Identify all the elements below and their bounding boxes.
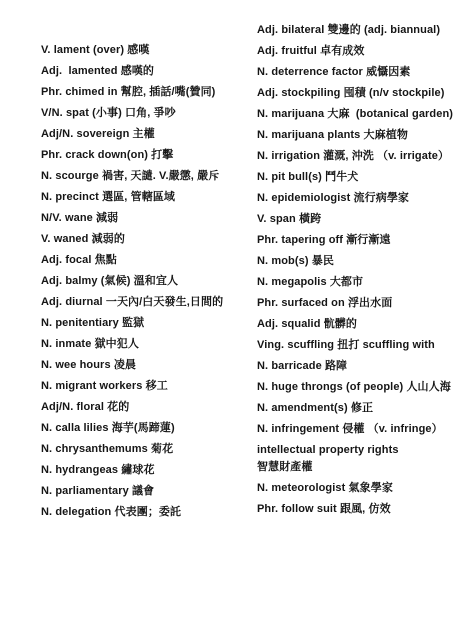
- vocab-entry: N. mob(s) 暴民: [257, 253, 469, 270]
- vocab-entry: Adj. bilateral 雙邊的 (adj. biannual): [257, 22, 469, 39]
- vocab-entry: Adj. lamented 感嘆的: [41, 63, 243, 80]
- vocab-entry: N. huge throngs (of people) 人山人海: [257, 379, 469, 396]
- vocab-entry: N. epidemiologist 流行病學家: [257, 190, 469, 207]
- vocab-column-left: V. lament (over) 感嘆Adj. lamented 感嘆的Phr.…: [41, 42, 243, 525]
- vocab-entry: Adj. focal 焦點: [41, 252, 243, 269]
- vocab-entry: Adj. stockpiling 囤積 (n/v stockpile): [257, 85, 469, 102]
- vocab-entry: N. infringement 侵權 （v. infringe）: [257, 421, 469, 438]
- vocab-entry: N. delegation 代表團；委託: [41, 504, 243, 521]
- vocab-entry: N. inmate 獄中犯人: [41, 336, 243, 353]
- vocab-entry: N. chrysanthemums 菊花: [41, 441, 243, 458]
- vocab-entry: Adj. diurnal 一天內/白天發生,日間的: [41, 294, 243, 311]
- vocab-entry: Adj. balmy (氣候) 溫和宜人: [41, 273, 243, 290]
- vocab-entry: V. waned 減弱的: [41, 231, 243, 248]
- vocab-entry: N. wee hours 凌晨: [41, 357, 243, 374]
- vocab-entry: V. lament (over) 感嘆: [41, 42, 243, 59]
- vocab-entry: N. hydrangeas 繡球花: [41, 462, 243, 479]
- vocab-entry: N. marijuana 大麻 (botanical garden): [257, 106, 469, 123]
- vocab-entry: N. calla lilies 海芋(馬蹄蓮): [41, 420, 243, 437]
- vocab-entry: N. penitentiary 監獄: [41, 315, 243, 332]
- vocab-entry: N. pit bull(s) 鬥牛犬: [257, 169, 469, 186]
- vocab-entry: N/V. wane 減弱: [41, 210, 243, 227]
- vocab-entry: Ving. scuffling 扭打 scuffling with: [257, 337, 469, 354]
- vocab-entry: Phr. surfaced on 浮出水面: [257, 295, 469, 312]
- document-page: V. lament (over) 感嘆Adj. lamented 感嘆的Phr.…: [0, 0, 474, 632]
- vocab-entry: N. barricade 路障: [257, 358, 469, 375]
- vocab-entry: N. scourge 禍害, 天譴. V.嚴懲, 嚴斥: [41, 168, 243, 185]
- vocab-entry: Adj. fruitful 卓有成效: [257, 43, 469, 60]
- vocab-entry: N. megapolis 大都市: [257, 274, 469, 291]
- vocab-entry: N. migrant workers 移工: [41, 378, 243, 395]
- vocab-entry: N. deterrence factor 威懾因素: [257, 64, 469, 81]
- vocab-entry: Adj/N. floral 花的: [41, 399, 243, 416]
- vocab-entry: Phr. crack down(on) 打擊: [41, 147, 243, 164]
- vocab-entry: N. meteorologist 氣象學家: [257, 480, 469, 497]
- vocab-entry: N. parliamentary 議會: [41, 483, 243, 500]
- vocab-entry: N. precinct 選區, 管轄區域: [41, 189, 243, 206]
- vocab-entry: Phr. follow suit 跟風, 仿效: [257, 501, 469, 518]
- vocab-column-right: Adj. bilateral 雙邊的 (adj. biannual)Adj. f…: [257, 22, 469, 522]
- vocab-entry: N. marijuana plants 大麻植物: [257, 127, 469, 144]
- vocab-entry: N. amendment(s) 修正: [257, 400, 469, 417]
- vocab-entry: Phr. tapering off 漸行漸遠: [257, 232, 469, 249]
- vocab-entry: V/N. spat (小事) 口角, 爭吵: [41, 105, 243, 122]
- vocab-entry: V. span 橫跨: [257, 211, 469, 228]
- vocab-entry: Adj. squalid 骯髒的: [257, 316, 469, 333]
- vocab-entry: intellectual property rights 智慧財產權: [257, 442, 469, 476]
- vocab-entry: N. irrigation 灌溉, 沖洗 （v. irrigate）: [257, 148, 469, 165]
- vocab-entry: Phr. chimed in 幫腔, 插話/嘴(贊同): [41, 84, 243, 101]
- vocab-entry: Adj/N. sovereign 主權: [41, 126, 243, 143]
